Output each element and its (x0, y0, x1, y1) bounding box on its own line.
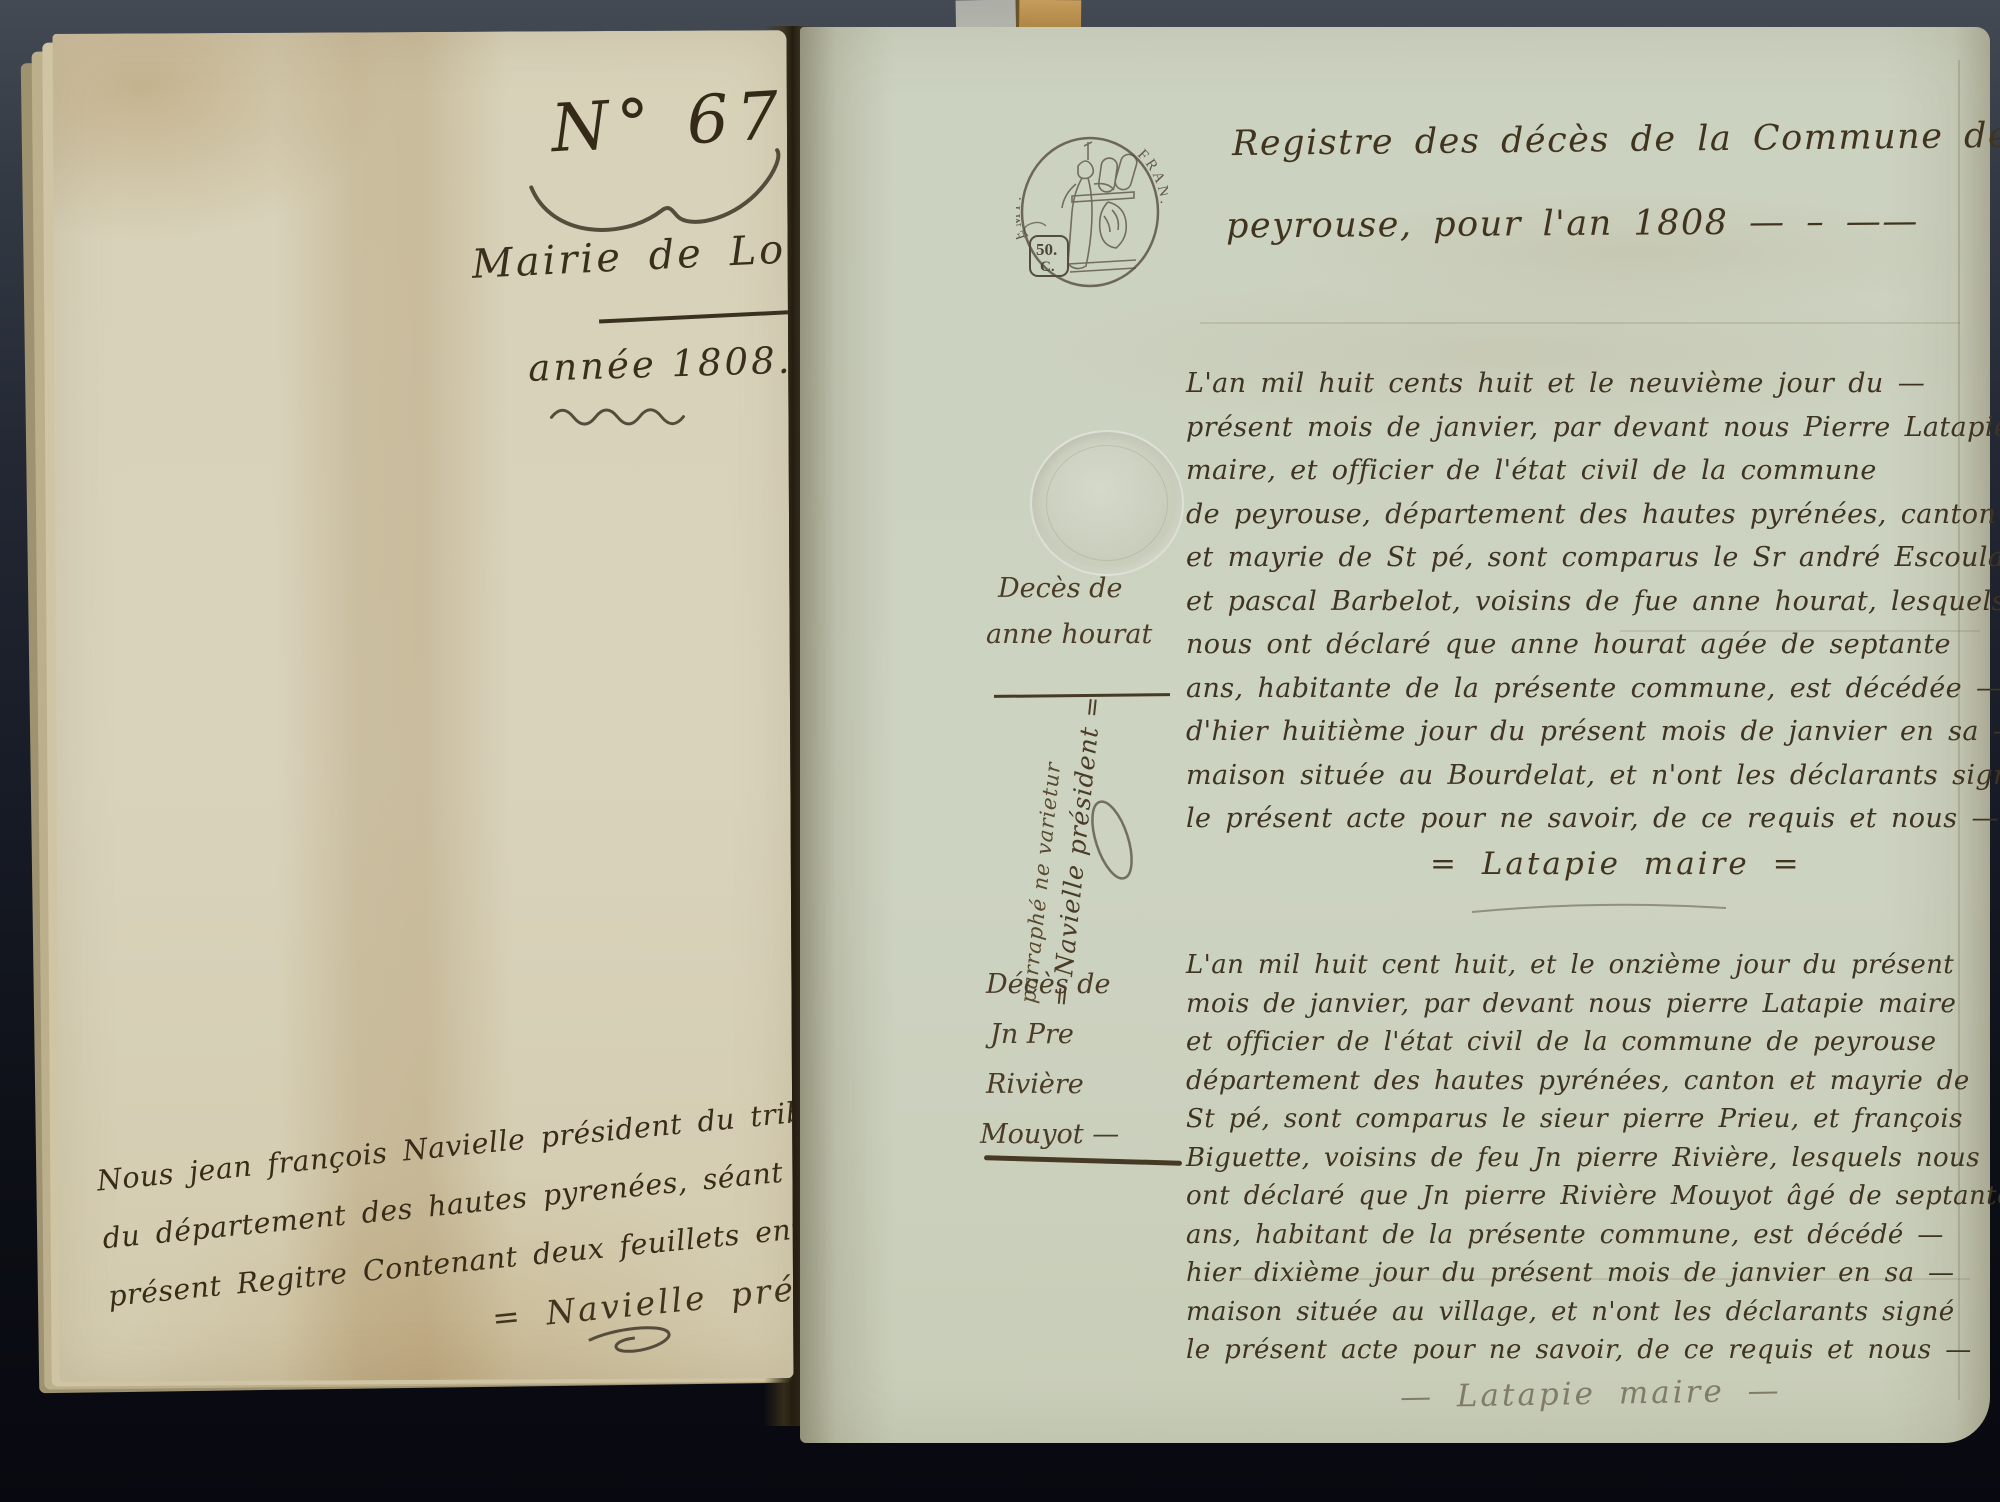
stamp-unit-label: C. (1040, 259, 1055, 275)
record-line: ont déclaré que Jn pierre Rivière Mouyot… (1186, 1177, 1996, 1216)
margin-note-death-anne-hourat-line1: Decès de (998, 566, 1122, 612)
record-line: ans, habitante de la présente commune, e… (1186, 667, 1986, 711)
record-line: Biguette, voisins de feu Jn pierre Riviè… (1186, 1139, 1996, 1178)
squiggle-under-year-icon (549, 402, 709, 427)
photograph-of-register: N° 67, Mairie de Loubajac année 1808. No… (0, 0, 2000, 1502)
record-line: nous ont déclaré que anne hourat agée de… (1186, 623, 1986, 667)
latapie-signature-1: = Latapie maire = (1430, 846, 1802, 882)
record-line: et pascal Barbelot, voisins de fue anne … (1186, 580, 1986, 624)
margin-note-death-riviere-line1: Décès de (986, 962, 1110, 1008)
record-line: département des hautes pyrénées, canton … (1186, 1062, 1996, 1101)
mairie-underline (599, 310, 794, 324)
embossed-seal (1030, 430, 1184, 576)
record-line: mois de janvier, par devant nous pierre … (1186, 985, 1996, 1024)
margin-note-death-anne-hourat-line2: anne hourat (986, 612, 1152, 658)
navielle-signature-flourish-icon (584, 1320, 677, 1363)
svg-text:FRAN.: FRAN. (1134, 147, 1168, 208)
registry-title-line1: Registre des décès de la Commune de (1232, 116, 2000, 164)
record-line: présent mois de janvier, par devant nous… (1186, 406, 1986, 450)
record-line: maison située au village, et n'ont les d… (1186, 1293, 1996, 1332)
record-line: L'an mil huit cents huit et le neuvième … (1186, 362, 1986, 406)
record-line: de peyrouse, département des hautes pyré… (1186, 493, 1986, 537)
record-line: maire, et officier de l'état civil de la… (1186, 449, 1986, 493)
paraph-flourish-icon (1082, 790, 1142, 890)
show-through-rule (1200, 322, 1960, 324)
record-line: d'hier huitième jour du présent mois de … (1186, 710, 1986, 754)
record-line: le présent acte pour ne savoir, de ce re… (1186, 797, 1986, 841)
stamp-denomination: 50. C. (1024, 222, 1068, 276)
embossed-seal-inner-ring (1046, 445, 1168, 561)
stamp-figure-icon (1062, 142, 1139, 272)
record-line: et mayrie de St pé, sont comparus le Sr … (1186, 536, 1986, 580)
certification-paragraph: Nous jean françois Navielle président du… (94, 1065, 793, 1382)
revenue-stamp: EMP. FRAN. 50. C. (1016, 132, 1168, 294)
record-line: L'an mil huit cent huit, et le onzième j… (1186, 946, 1996, 985)
registry-title-line2: peyrouse, pour l'an 1808 — – —— (1226, 202, 1919, 247)
year-line: année 1808. (528, 339, 793, 390)
left-page: N° 67, Mairie de Loubajac année 1808. No… (52, 30, 793, 1382)
record-line: St pé, sont comparus le sieur pierre Pri… (1186, 1100, 1996, 1139)
margin-note-death-riviere-line2: Jn Pre (990, 1012, 1074, 1058)
margin-note-death-riviere-line4: Mouyot — (980, 1112, 1119, 1158)
latapie-signature-2: — Latapie maire — (1400, 1373, 1782, 1416)
record-line: ans, habitant de la présente commune, es… (1186, 1216, 1996, 1255)
stamp-arc-right-label: FRAN. (1134, 147, 1168, 208)
record-line: maison située au Bourdelat, et n'ont les… (1186, 754, 1986, 798)
death-record-2: L'an mil huit cent huit, et le onzième j… (1186, 946, 1996, 1370)
signature-underline-flourish-icon (1470, 898, 1730, 918)
record-line: le présent acte pour ne savoir, de ce re… (1186, 1331, 1996, 1370)
death-record-1: L'an mil huit cents huit et le neuvième … (1186, 362, 1986, 841)
margin-note-death-riviere-line3: Rivière (986, 1062, 1084, 1108)
record-line: et officier de l'état civil de la commun… (1186, 1023, 1996, 1062)
record-line: hier dixième jour du présent mois de jan… (1186, 1254, 1996, 1293)
stamp-value-label: 50. (1036, 240, 1057, 259)
